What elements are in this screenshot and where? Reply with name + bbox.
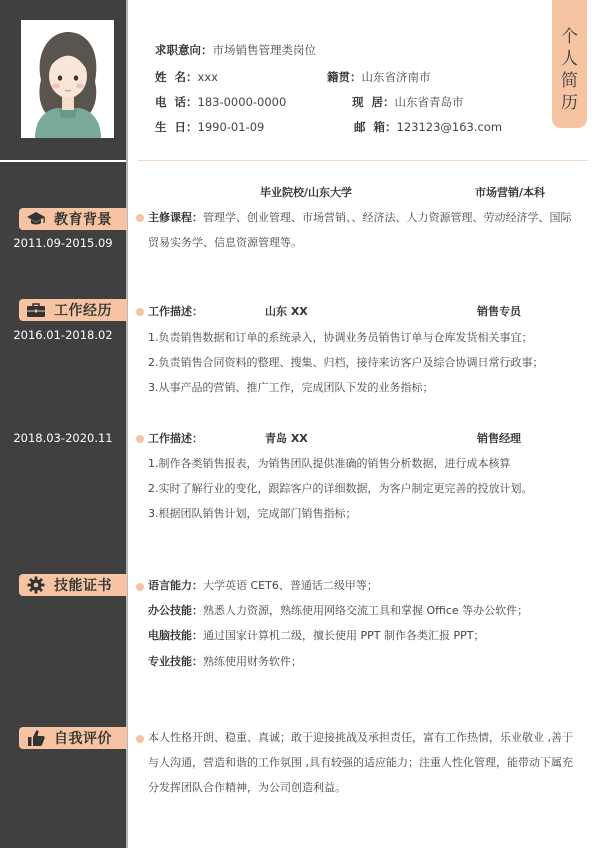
bullet-dot (136, 308, 144, 316)
education-major: 市场营销/本科 (475, 185, 545, 201)
work-company-1: 山东 XX (265, 304, 308, 320)
work-position-1: 销售专员 (477, 304, 521, 320)
work-duty: 1.负责销售数据和订单的系统录入，协调业务员销售订单与仓库发货相关事宜； (148, 330, 533, 346)
graduation-cap-icon (26, 211, 46, 227)
self-eval-line: 与人沟通，营造和谐的工作氛围 ,具有较强的适应能力；注重人性化管理，能带动下属充 (148, 755, 573, 771)
header-divider (138, 160, 588, 161)
education-courses-line2: 贸易实务学、信息资源管理等。 (148, 235, 302, 251)
work-duty: 3.根据团队销售计划，完成部门销售指标； (148, 506, 357, 522)
self-eval-line: 本人性格开朗、稳重、真诚；敢于迎接挑战及承担责任，富有工作热情，乐业敬业 ,善于 (148, 730, 573, 746)
sidebar-divider (0, 160, 126, 162)
briefcase-icon (26, 302, 46, 318)
phone-field: 电 话：183-0000-0000 (155, 94, 286, 110)
work-date-2: 2018.03-2020.11 (0, 431, 126, 445)
bullet-dot (136, 735, 144, 743)
skill-item: 专业技能：熟练使用财务软件； (148, 654, 302, 670)
email-field: 邮 箱：123123@163.com (354, 119, 502, 135)
gear-icon (26, 577, 46, 593)
resume-title-tab: 个 人 简 历 (552, 0, 587, 128)
thumbs-up-icon (26, 730, 46, 746)
education-date: 2011.09-2015.09 (0, 236, 126, 250)
bullet-dot (136, 214, 144, 222)
avatar (21, 20, 114, 138)
bullet-dot (136, 583, 144, 591)
skill-item: 电脑技能：通过国家计算机二级，擅长使用 PPT 制作各类汇报 PPT； (148, 628, 484, 644)
avatar-illustration (21, 20, 114, 138)
work-desc-label-1: 工作描述： (148, 304, 203, 320)
education-courses-line1: 主修课程：管理学、创业管理、市场营销、、经济法、人力资源管理、劳动经济学、国际 (148, 210, 572, 226)
work-date-1: 2016.01-2018.02 (0, 328, 126, 342)
work-position-2: 销售经理 (477, 431, 521, 447)
skill-item: 语言能力：大学英语 CET6、普通话二级甲等； (148, 578, 378, 594)
job-objective: 求职意向：市场销售管理类岗位 (155, 42, 316, 58)
work-duty: 1.制作各类销售报表，为销售团队提供准确的销售分析数据，进行成本核算 (148, 456, 511, 472)
work-company-2: 青岛 XX (265, 431, 308, 447)
title-char: 个 (552, 26, 587, 48)
residence-field: 现 居：山东省青岛市 (352, 94, 464, 110)
self-eval-line: 分发挥团队合作精神，为公司创造利益。 (148, 780, 346, 796)
education-school: 毕业院校/山东大学 (260, 185, 352, 201)
title-char: 简 (552, 70, 587, 92)
sidebar-edge (126, 0, 128, 848)
title-char: 人 (552, 48, 587, 70)
origin-field: 籍贯：山东省济南市 (327, 69, 431, 85)
birthday-field: 生 日：1990-01-09 (155, 119, 264, 135)
work-duty: 2.实时了解行业的变化，跟踪客户的详细数据，为客户制定更完善的投放计划。 (148, 481, 533, 497)
work-desc-label-2: 工作描述： (148, 431, 203, 447)
work-duty: 2.负责销售合同资料的整理、搜集、归档，接待来访客户及综合协调日常行政事； (148, 355, 544, 371)
section-header-skills: 技能证书 (19, 574, 127, 596)
skill-item: 办公技能：熟悉人力资源，熟练使用网络交流工具和掌握 Office 等办公软件； (148, 603, 528, 619)
bullet-dot (136, 435, 144, 443)
section-header-work: 工作经历 (19, 299, 127, 321)
title-char: 历 (552, 92, 587, 114)
section-header-education: 教育背景 (19, 208, 127, 230)
section-header-self-evaluation: 自我评价 (19, 727, 127, 749)
name-field: 姓 名：xxx (155, 69, 218, 85)
work-duty: 3.从事产品的营销、推广工作，完成团队下发的业务指标； (148, 380, 434, 396)
